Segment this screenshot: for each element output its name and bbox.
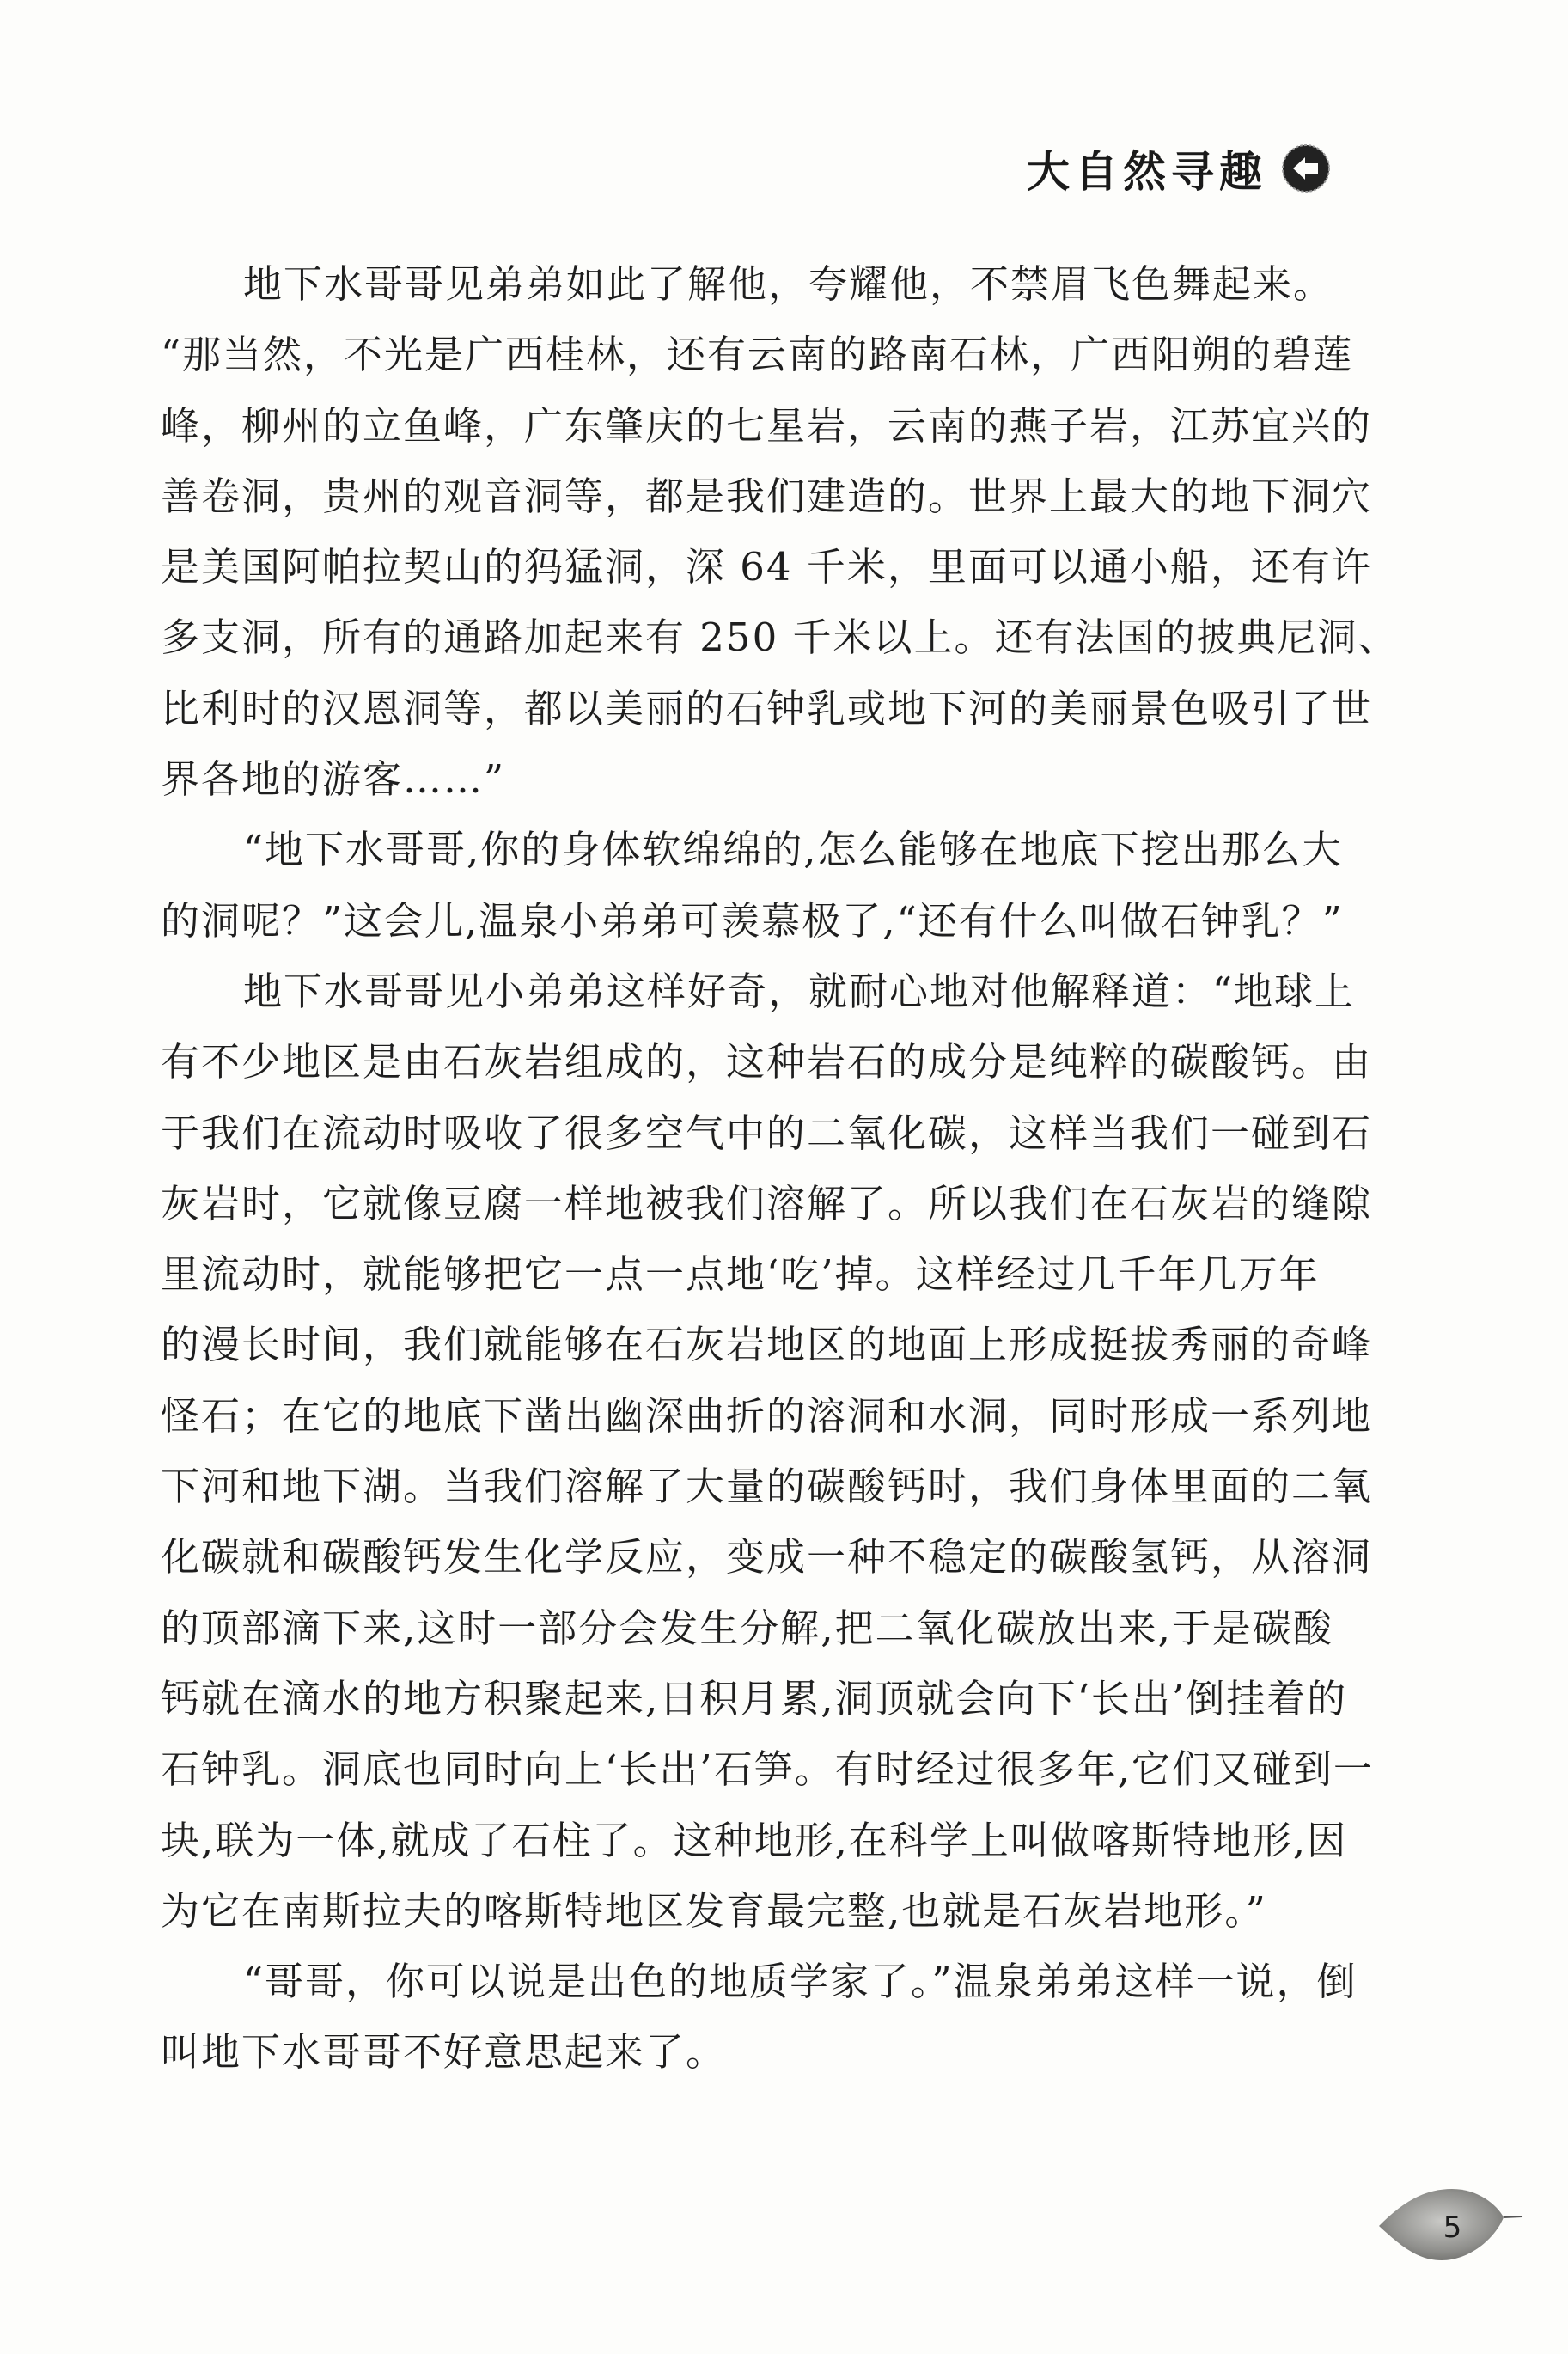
- page-number-badge: 5: [1375, 2179, 1521, 2265]
- paragraph-first-line: “哥哥，你可以说是出色的地质学家了。”温泉弟弟这样一说，倒: [161, 1947, 1364, 2017]
- text-line: 化碳就和碳酸钙发生化学反应，变成一种不稳定的碳酸氢钙，从溶洞: [161, 1522, 1364, 1593]
- text-line: 石钟乳。洞底也同时向上‘长出’石笋。有时经过很多年,它们又碰到一: [161, 1734, 1364, 1805]
- text-line: 界各地的游客……”: [161, 744, 1364, 815]
- text-line: 的顶部滴下来,这时一部分会发生分解,把二氧化碳放出来,于是碳酸: [161, 1593, 1364, 1664]
- text-line: 是美国阿帕拉契山的犸猛洞，深 64 千米，里面可以通小船，还有许: [161, 532, 1364, 602]
- text-line: 于我们在流动时吸收了很多空气中的二氧化碳，这样当我们一碰到石: [161, 1098, 1364, 1169]
- circle-arrow-icon: [1279, 142, 1333, 195]
- text-line: 块,联为一体,就成了石柱了。这种地形,在科学上叫做喀斯特地形,因: [161, 1806, 1364, 1876]
- body-text: 地下水哥哥见弟弟如此了解他，夸耀他，不禁眉飞色舞起来。“那当然，不光是广西桂林，…: [161, 249, 1364, 2088]
- section-title: 大自然寻趣: [1027, 138, 1267, 199]
- text-line: “那当然，不光是广西桂林，还有云南的路南石林，广西阳朔的碧莲: [161, 320, 1364, 390]
- text-line: 灰岩时，它就像豆腐一样地被我们溶解了。所以我们在石灰岩的缝隙: [161, 1169, 1364, 1239]
- text-line: 多支洞，所有的通路加起来有 250 千米以上。还有法国的披典尼洞、: [161, 602, 1364, 673]
- text-line: 下河和地下湖。当我们溶解了大量的碳酸钙时，我们身体里面的二氧: [161, 1452, 1364, 1522]
- text-line: 叫地下水哥哥不好意思起来了。: [161, 2017, 1364, 2088]
- page-number: 5: [1375, 2179, 1525, 2265]
- text-line: 里流动时，就能够把它一点一点地‘吃’掉。这样经过几千年几万年: [161, 1239, 1364, 1310]
- text-line: 比利时的汉恩洞等，都以美丽的石钟乳或地下河的美丽景色吸引了世: [161, 674, 1364, 744]
- text-line: 的洞呢？”这会儿,温泉小弟弟可羡慕极了,“还有什么叫做石钟乳？”: [161, 886, 1364, 957]
- text-line: 为它在南斯拉夫的喀斯特地区发育最完整,也就是石灰岩地形。”: [161, 1876, 1364, 1947]
- text-line: 善卷洞，贵州的观音洞等，都是我们建造的。世界上最大的地下洞穴: [161, 462, 1364, 532]
- paragraph-first-line: 地下水哥哥见弟弟如此了解他，夸耀他，不禁眉飞色舞起来。: [161, 249, 1364, 320]
- text-line: 峰，柳州的立鱼峰，广东肇庆的七星岩，云南的燕子岩，江苏宜兴的: [161, 391, 1364, 462]
- paragraph-first-line: 地下水哥哥见小弟弟这样好奇，就耐心地对他解释道：“地球上: [161, 957, 1364, 1027]
- running-head: 大自然寻趣: [1027, 138, 1333, 199]
- text-line: 怪石；在它的地底下凿出幽深曲折的溶洞和水洞，同时形成一系列地: [161, 1381, 1364, 1452]
- paragraph-first-line: “地下水哥哥,你的身体软绵绵的,怎么能够在地底下挖出那么大: [161, 815, 1364, 885]
- text-line: 有不少地区是由石灰岩组成的，这种岩石的成分是纯粹的碳酸钙。由: [161, 1027, 1364, 1098]
- text-line: 钙就在滴水的地方积聚起来,日积月累,洞顶就会向下‘长出’倒挂着的: [161, 1664, 1364, 1734]
- text-line: 的漫长时间，我们就能够在石灰岩地区的地面上形成挺拔秀丽的奇峰: [161, 1310, 1364, 1380]
